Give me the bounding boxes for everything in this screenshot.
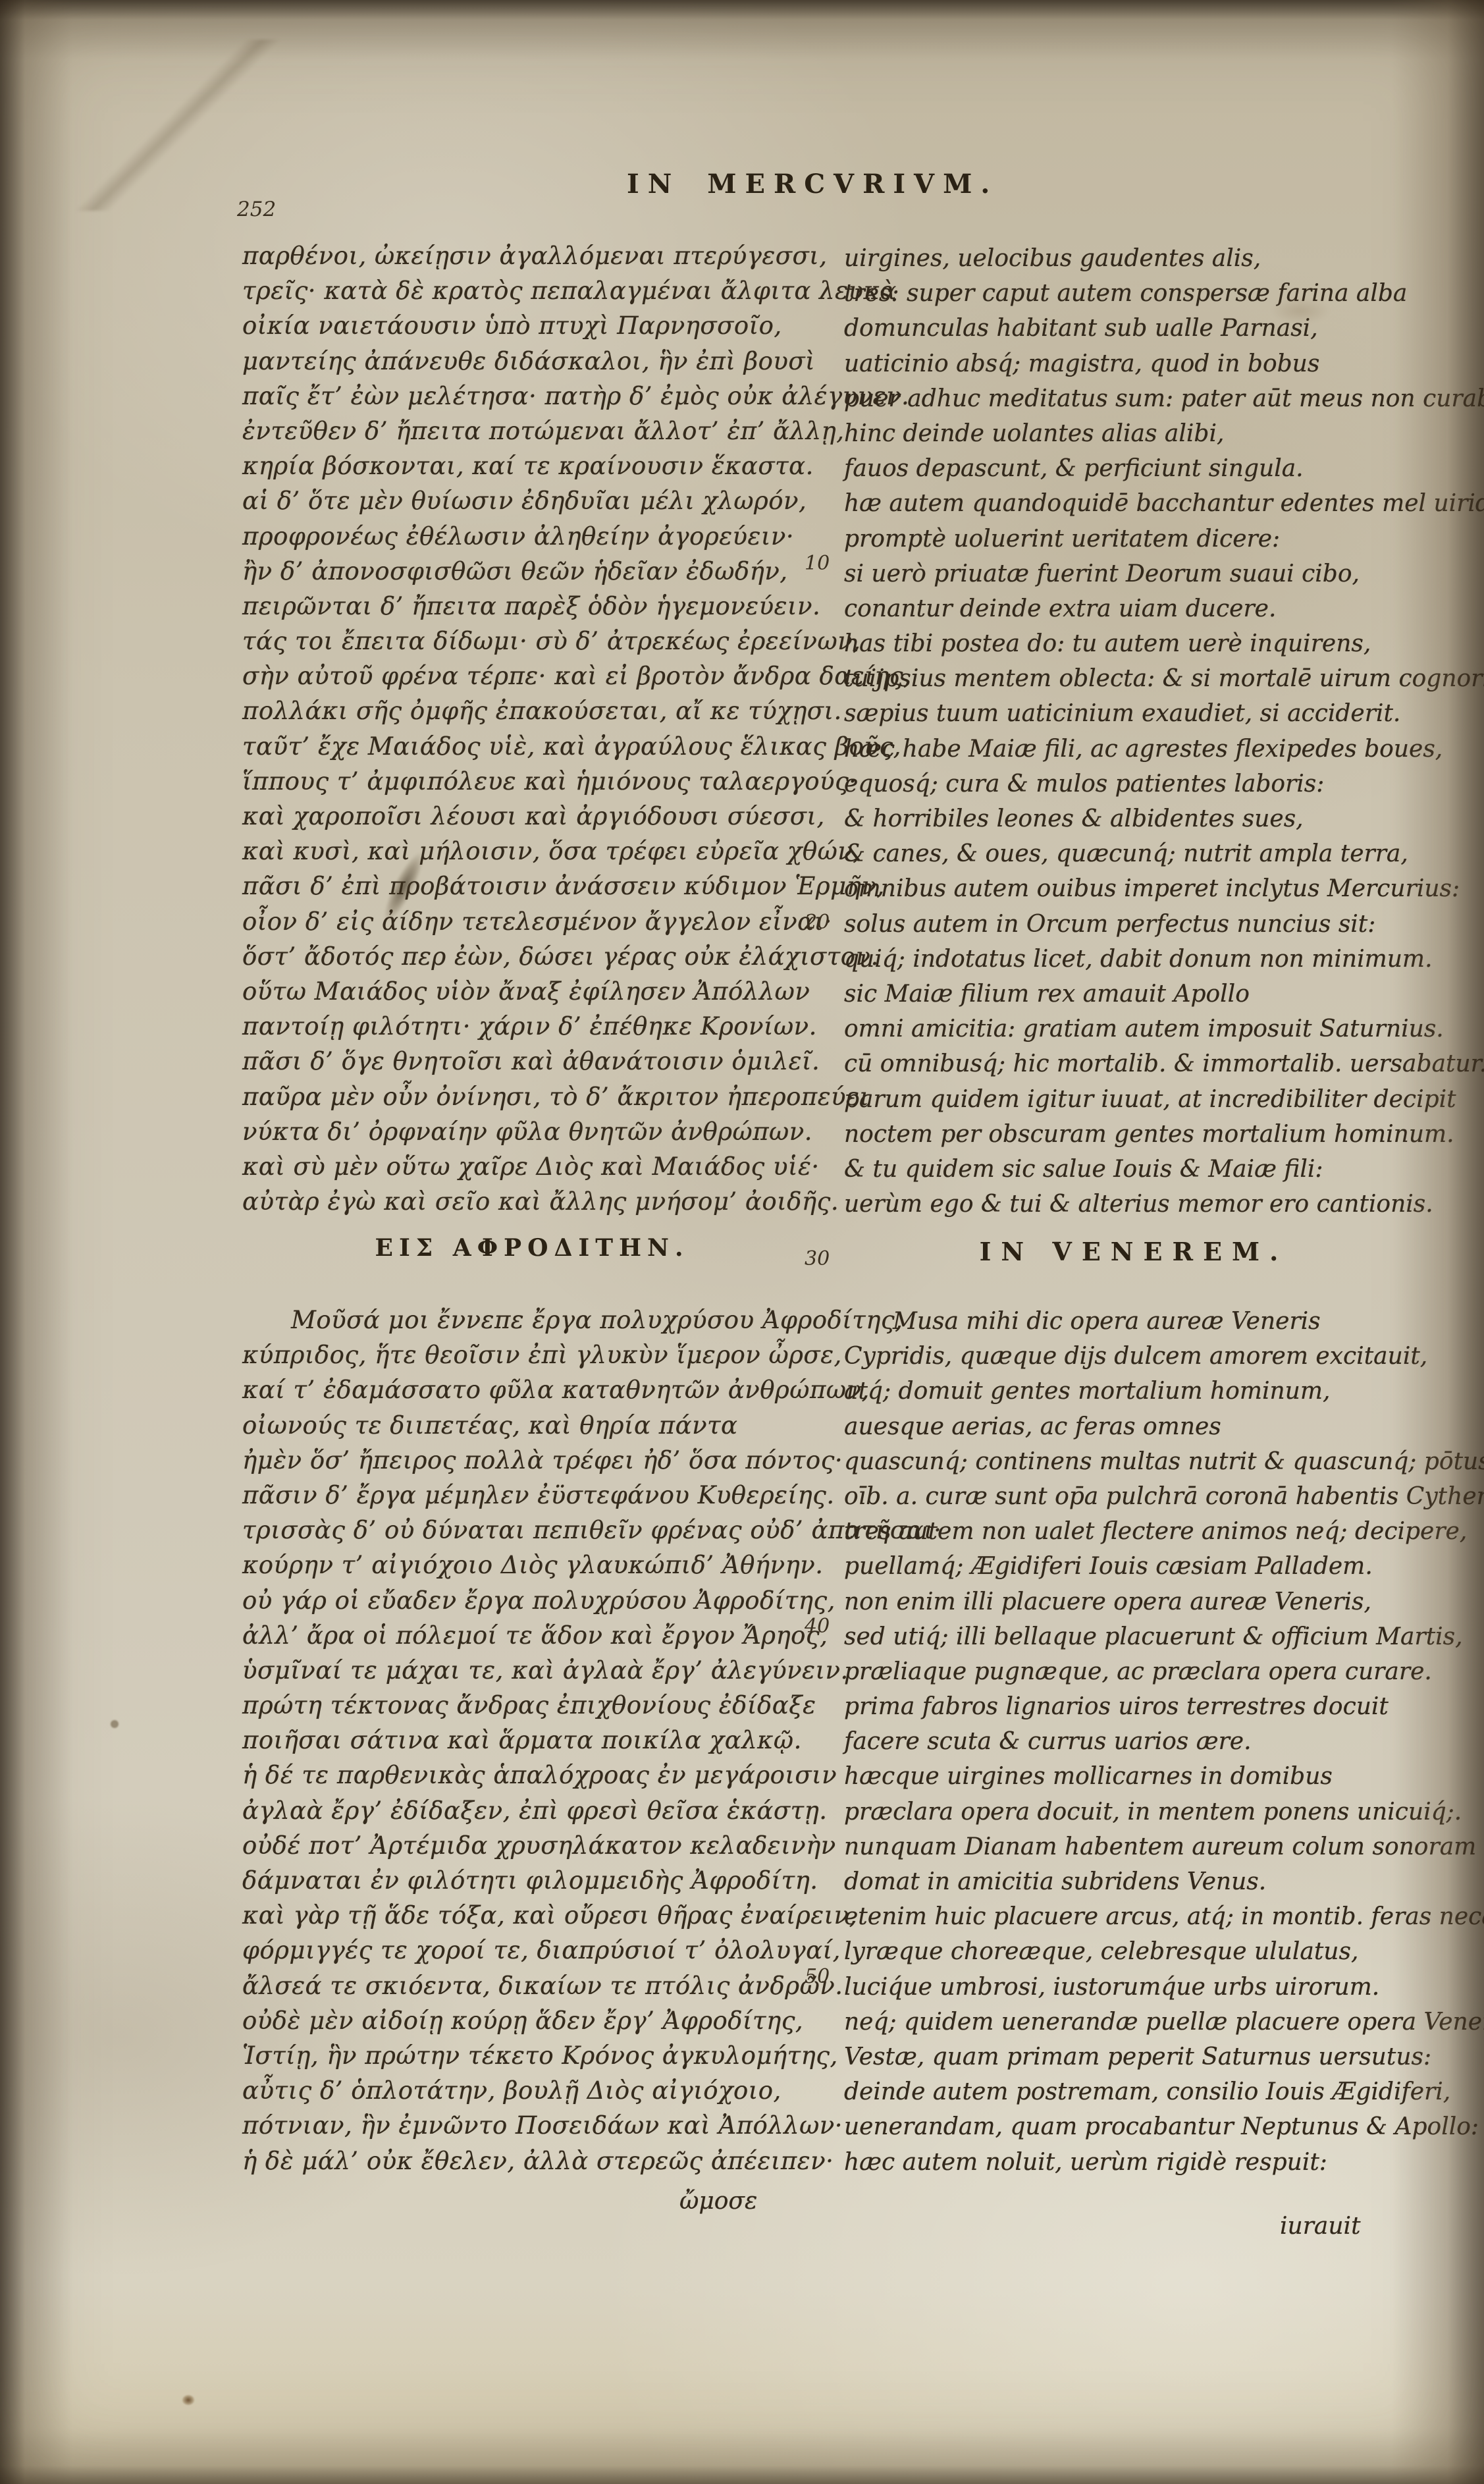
verse-line: αἱ δ’ ὅτε μὲν θυίωσιν ἐδηδυῖαι μέλι χλωρ… (242, 483, 911, 518)
verse-line: has tibi postea do: tu autem uerè inquir… (844, 626, 1484, 661)
verse-line: πειρῶνται δ’ ἤπειτα παρὲξ ὁδὸν ἡγεμονεύε… (242, 589, 911, 624)
verse-line: ἄλσεά τε σκιόεντα, δικαίων τε πτόλις ἀνδ… (242, 1968, 941, 2003)
verse-line: πότνιαν, ἣν ἐμνῶντο Ποσειδάων καὶ Ἀπόλλω… (242, 2108, 941, 2143)
verse-number-10: 10 (805, 552, 847, 575)
verse-line: κούρην τ’ αἰγιόχοιο Διὸς γλαυκώπιδ’ Ἀθήν… (242, 1548, 941, 1582)
verse-line: præliaque pugnæque, ac præclara opera cu… (844, 1654, 1484, 1689)
verse-line: prima fabros lignarios uiros terrestres … (844, 1689, 1484, 1724)
verse-line: πρώτη τέκτονας ἄνδρας ἐπιχθονίους ἐδίδαξ… (242, 1688, 941, 1723)
verse-line: atq́; domuit gentes mortalium hominum, (844, 1374, 1484, 1409)
verse-line: κύπριδος, ἥτε θεοῖσιν ἐπὶ γλυκὺν ἵμερον … (242, 1337, 941, 1372)
venus-greek-column: Μοῦσά μοι ἔννεπε ἔργα πολυχρύσου Ἀφροδίτ… (242, 1303, 941, 2178)
paper-stain (182, 2394, 195, 2406)
verse-line: & horribiles leones & albidentes sues, (844, 801, 1484, 836)
verse-line: neq́; quidem uenerandæ puellæ placuere o… (844, 2005, 1484, 2039)
verse-line: equosq́; cura & mulos patientes laboris: (844, 767, 1484, 801)
venus-greek-heading: ΕΙΣ ΑΦΡΟΔΙΤΗΝ. (242, 1234, 822, 1262)
verse-line: καὶ γὰρ τῇ ἅδε τόξα, καὶ οὔρεσι θῆρας ἐν… (242, 1898, 941, 1933)
verse-line: puellamq́; Ægidiferi Iouis cæsiam Pallad… (844, 1549, 1484, 1584)
verse-line: καί τ’ ἐδαμάσσατο φῦλα καταθνητῶν ἀνθρώπ… (242, 1372, 941, 1407)
verse-line: auesque aerias, ac feras omnes (844, 1409, 1484, 1444)
verse-line: πολλάκι σῆς ὀμφῆς ἐπακούσεται, αἴ κε τύχ… (242, 693, 911, 728)
verse-line: hæc habe Maiæ fili, ac agrestes flexiped… (844, 732, 1484, 767)
verse-line: κηρία βόσκονται, καί τε κραίνουσιν ἕκαστ… (242, 448, 911, 483)
verse-line: sæpius tuum uaticinium exaudiet, si acci… (844, 696, 1484, 731)
verse-line: οἰωνούς τε διιπετέας, καὶ θηρία πάντα (242, 1408, 941, 1443)
verse-line: προφρονέως ἐθέλωσιν ἀληθείην ἀγορεύειν· (242, 519, 911, 554)
verse-line: οὕτω Μαιάδος υἱὸν ἄναξ ἐφίλησεν Ἀπόλλων (242, 974, 911, 1009)
verse-line: οὐδὲ μὲν αἰδοίῃ κούρῃ ἅδεν ἔργ’ Ἀφροδίτη… (242, 2003, 941, 2038)
verse-line: uaticinio absq́; magistra, quod in bobus (844, 346, 1484, 381)
verse-line: noctem per obscuram gentes mortalium hom… (844, 1117, 1484, 1152)
running-head: IN MERCVRIVM. (627, 169, 998, 200)
verse-line: πᾶσι δ’ ὅγε θνητοῖσι καὶ ἀθανάτοισιν ὁμι… (242, 1044, 911, 1079)
verse-line: ταῦτ’ ἔχε Μαιάδος υἱὲ, καὶ ἀγραύλους ἕλι… (242, 729, 911, 764)
verse-line: Vestæ, quam primam peperit Saturnus uers… (844, 2039, 1484, 2074)
verse-line: puer adhuc meditatus sum: pater aūt meus… (844, 381, 1484, 416)
verse-line: ἵππους τ’ ἀμφιπόλευε καὶ ἡμιόνους ταλαερ… (242, 764, 911, 799)
page-number: 252 (237, 198, 276, 221)
verse-line: tres: super caput autem conspersæ farina… (844, 276, 1484, 311)
verse-line: σὴν αὐτοῦ φρένα τέρπε· καὶ εἰ βροτὸν ἄνδ… (242, 659, 911, 693)
verse-line: Cypridis, quæque dijs dulcem amorem exci… (844, 1339, 1484, 1374)
verse-line: δάμναται ἐν φιλότητι φιλομμειδὴς Ἀφροδίτ… (242, 1863, 941, 1898)
verse-number-20: 20 (805, 911, 847, 934)
verse-line: nunquam Dianam habentem aureum colum son… (844, 1829, 1484, 1864)
mercury-latin-column: uirgines, uelocibus gaudentes alis,tres:… (844, 241, 1484, 1222)
verse-line: πᾶσιν δ’ ἔργα μέμηλεν ἐϋστεφάνου Κυθερεί… (242, 1478, 941, 1513)
verse-line: hæc autem noluit, uerùm rigidè respuit: (844, 2145, 1484, 2180)
verse-line: conantur deinde extra uiam ducere. (844, 591, 1484, 626)
verse-line: uirgines, uelocibus gaudentes alis, (844, 241, 1484, 276)
verse-line: & canes, & oues, quæcunq́; nutrit ampla … (844, 836, 1484, 871)
verse-line: facere scuta & currus uarios ære. (844, 1724, 1484, 1759)
verse-line: παῦρα μὲν οὖν ὀνίνησι, τὸ δ’ ἄκριτον ἠπε… (242, 1079, 911, 1114)
verse-line: παρθένοι, ὠκείῃσιν ἀγαλλόμεναι πτερύγεσσ… (242, 238, 911, 273)
verse-line: ἀλλ’ ἄρα οἱ πόλεμοί τε ἅδον καὶ ἔργον Ἄρ… (242, 1618, 941, 1653)
verse-line: sed utiq́; illi bellaque placuerunt & of… (844, 1619, 1484, 1654)
venus-latin-heading: IN VENEREM. (844, 1237, 1423, 1266)
verse-line: Musa mihi dic opera aureæ Veneris (844, 1304, 1484, 1339)
verse-line: ὑσμῖναί τε μάχαι τε, καὶ ἀγλαὰ ἔργ’ ἀλεγ… (242, 1653, 941, 1688)
verse-line: Ἱστίῃ, ἣν πρώτην τέκετο Κρόνος ἀγκυλομήτ… (242, 2038, 941, 2073)
verse-line: τάς τοι ἔπειτα δίδωμι· σὺ δ’ ἀτρεκέως ἐρ… (242, 624, 911, 659)
verse-line: promptè uoluerint ueritatem dicere: (844, 522, 1484, 556)
verse-line: νύκτα δι’ ὀρφναίην φῦλα θνητῶν ἀνθρώπων. (242, 1114, 911, 1149)
verse-line: ἡ δέ τε παρθενικὰς ἁπαλόχροας ἐν μεγάροι… (242, 1758, 941, 1793)
book-page: IN MERCVRIVM. 252 παρθένοι, ὠκείῃσιν ἀγα… (0, 0, 1484, 2484)
verse-line: αὖτις δ’ ὁπλοτάτην, βουλῇ Διὸς αἰγιόχοιο… (242, 2073, 941, 2108)
verse-line: lyræque choreæque, celebresque ululatus, (844, 1934, 1484, 1969)
verse-line: quiq́; indotatus licet, dabit donum non … (844, 942, 1484, 977)
verse-line: non enim illi placuere opera aureæ Vener… (844, 1584, 1484, 1619)
verse-line: oīb. a. curæ sunt op̄a pulchrā coronā ha… (844, 1479, 1484, 1514)
verse-line: τρεῖς· κατὰ δὲ κρατὸς πεπαλαγμέναι ἄλφιτ… (242, 273, 911, 308)
verse-line: ποιῆσαι σάτινα καὶ ἅρματα ποικίλα χαλκῷ. (242, 1723, 941, 1758)
venus-latin-column: Musa mihi dic opera aureæ VenerisCypridi… (844, 1304, 1484, 2180)
verse-line: luciq́ue umbrosi, iustorumq́ue urbs uiro… (844, 1970, 1484, 2005)
latin-catchword: iurauit (1280, 2213, 1361, 2240)
verse-line: omni amicitia: gratiam autem imposuit Sa… (844, 1012, 1484, 1046)
verse-line: solus autem in Orcum perfectus nuncius s… (844, 907, 1484, 942)
verse-line: οὐ γάρ οἱ εὔαδεν ἔργα πολυχρύσου Ἀφροδίτ… (242, 1583, 941, 1618)
verse-line: αὐτὰρ ἐγὼ καὶ σεῖο καὶ ἄλλης μνήσομ’ ἀοι… (242, 1184, 911, 1219)
verse-line: ὅστ’ ἄδοτός περ ἐὼν, δώσει γέρας οὐκ ἐλά… (242, 939, 911, 974)
paper-stain (111, 1720, 119, 1728)
verse-line: καὶ χαροποῖσι λέουσι καὶ ἀργιόδουσι σύεσ… (242, 799, 911, 834)
mercury-greek-column: παρθένοι, ὠκείῃσιν ἀγαλλόμεναι πτερύγεσσ… (242, 238, 911, 1219)
verse-line: ἀγλαὰ ἔργ’ ἐδίδαξεν, ἐπὶ φρεσὶ θεῖσα ἑκά… (242, 1793, 941, 1828)
verse-line: omnibus autem ouibus imperet inclytus Me… (844, 871, 1484, 906)
verse-line: domunculas habitant sub ualle Parnasi, (844, 311, 1484, 346)
verse-line: ἡ δὲ μάλ’ οὐκ ἔθελεν, ἀλλὰ στερεῶς ἀπέει… (242, 2144, 941, 2178)
verse-line: sic Maiæ filium rex amauit Apollo (844, 977, 1484, 1012)
verse-line: παντοίῃ φιλότητι· χάριν δ’ ἐπέθηκε Κρονί… (242, 1009, 911, 1044)
verse-line: ἠμὲν ὅσ’ ἤπειρος πολλὰ τρέφει ἠδ’ ὅσα πό… (242, 1443, 941, 1478)
verse-line: ἐντεῦθεν δ’ ἤπειτα ποτώμεναι ἄλλοτ’ ἐπ’ … (242, 414, 911, 448)
verse-line: si uerò priuatæ fuerint Deorum suaui cib… (844, 556, 1484, 591)
verse-line: hinc deinde uolantes alias alibi, (844, 416, 1484, 451)
verse-line: καὶ κυσὶ, καὶ μήλοισιν, ὅσα τρέφει εὐρεῖ… (242, 834, 911, 869)
verse-line: Μοῦσά μοι ἔννεπε ἔργα πολυχρύσου Ἀφροδίτ… (242, 1303, 941, 1337)
verse-line: uerùm ego & tui & alterius memor ero can… (844, 1187, 1484, 1222)
verse-line: fauos depascunt, & perficiunt singula. (844, 451, 1484, 486)
verse-line: etenim huic placuere arcus, atq́; in mon… (844, 1899, 1484, 1934)
paper-crease (40, 40, 316, 211)
verse-line: τρισσὰς δ’ οὐ δύναται πεπιθεῖν φρένας οὐ… (242, 1513, 941, 1548)
verse-line: πᾶσι δ’ ἐπὶ προβάτοισιν ἀνάσσειν κύδιμον… (242, 869, 911, 904)
verse-line: καὶ σὺ μὲν οὕτω χαῖρε Διὸς καὶ Μαιάδος υ… (242, 1149, 911, 1184)
verse-line: tres autem non ualet flectere animos neq… (844, 1514, 1484, 1549)
verse-line: & tu quidem sic salue Iouis & Maiæ fili: (844, 1152, 1484, 1187)
verse-line: φόρμιγγές τε χοροί τε, διαπρύσιοί τ’ ὀλο… (242, 1933, 941, 1968)
verse-line: παῖς ἔτ’ ἐὼν μελέτησα· πατὴρ δ’ ἐμὸς οὐκ… (242, 379, 911, 414)
verse-line: tuijpsius mentem oblecta: & si mortalē u… (844, 661, 1484, 696)
verse-line: οἰκία ναιετάουσιν ὑπὸ πτυχὶ Παρνησσοῖο, (242, 308, 911, 343)
verse-line: uenerandam, quam procabantur Neptunus & … (844, 2109, 1484, 2144)
verse-line: μαντείης ἀπάνευθε διδάσκαλοι, ἣν ἐπὶ βου… (242, 344, 911, 379)
verse-line: parum quidem igitur iuuat, at incredibil… (844, 1082, 1484, 1117)
greek-catchword: ὤμοσε (679, 2188, 757, 2215)
verse-line: præclara opera docuit, in mentem ponens … (844, 1795, 1484, 1829)
verse-line: deinde autem postremam, consilio Iouis Æ… (844, 2074, 1484, 2109)
verse-line: οὐδέ ποτ’ Ἀρτέμιδα χρυσηλάκατον κελαδειν… (242, 1828, 941, 1863)
verse-line: cū omnibusq́; hic mortalib. & immortalib… (844, 1046, 1484, 1081)
verse-line: hæ autem quandoquidē bacchantur edentes … (844, 486, 1484, 521)
verse-line: quascunq́; continens multas nutrit & qua… (844, 1444, 1484, 1479)
verse-line: hæcque uirgines mollicarnes in domibus (844, 1759, 1484, 1794)
verse-line: domat in amicitia subridens Venus. (844, 1864, 1484, 1899)
